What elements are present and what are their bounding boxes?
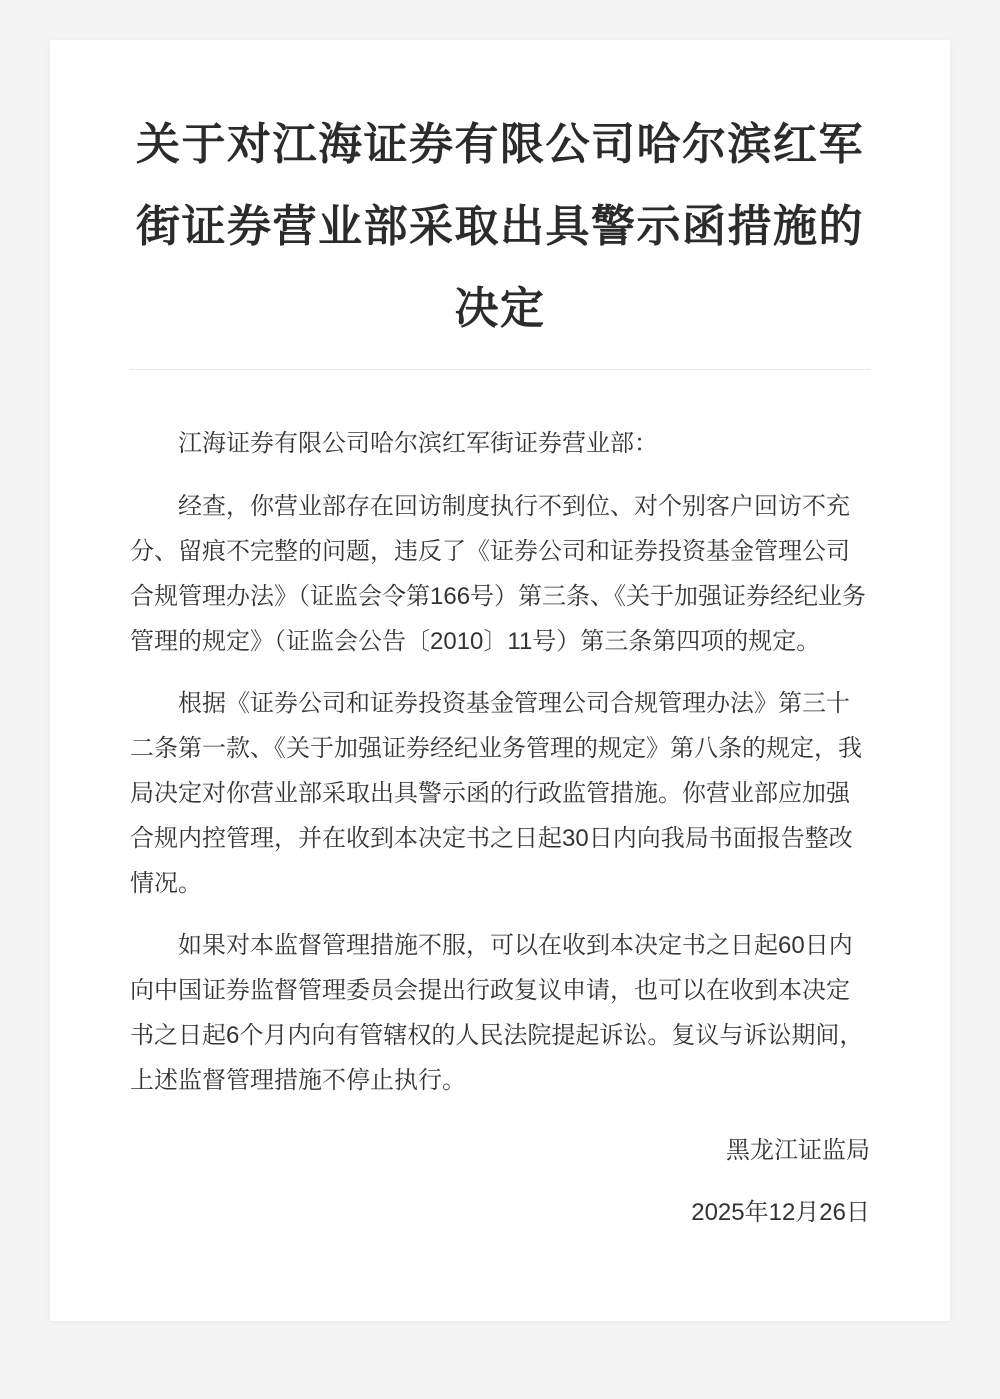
page-title: 关于对江海证券有限公司哈尔滨红军街证券营业部采取出具警示函措施的决定 (130, 104, 870, 350)
issuer-signature: 黑龙江证监局 (130, 1128, 870, 1173)
document-card: 关于对江海证券有限公司哈尔滨红军街证券营业部采取出具警示函措施的决定 江海证券有… (50, 40, 950, 1321)
paragraph-appeal-rights: 如果对本监督管理措施不服，可以在收到本决定书之日起60日内向中国证券监督管理委员… (130, 923, 870, 1103)
paragraph-findings: 经查，你营业部存在回访制度执行不到位、对个别客户回访不充分、留痕不完整的问题，违… (130, 484, 870, 664)
page-background: 关于对江海证券有限公司哈尔滨红军街证券营业部采取出具警示函措施的决定 江海证券有… (0, 40, 1000, 1399)
title-divider (130, 369, 870, 370)
salutation: 江海证券有限公司哈尔滨红军街证券营业部： (130, 421, 870, 466)
document-date: 2025年12月26日 (130, 1190, 870, 1235)
paragraph-decision: 根据《证券公司和证券投资基金管理公司合规管理办法》第三十二条第一款、《关于加强证… (130, 681, 870, 906)
document-body: 江海证券有限公司哈尔滨红军街证券营业部： 经查，你营业部存在回访制度执行不到位、… (130, 421, 870, 1235)
